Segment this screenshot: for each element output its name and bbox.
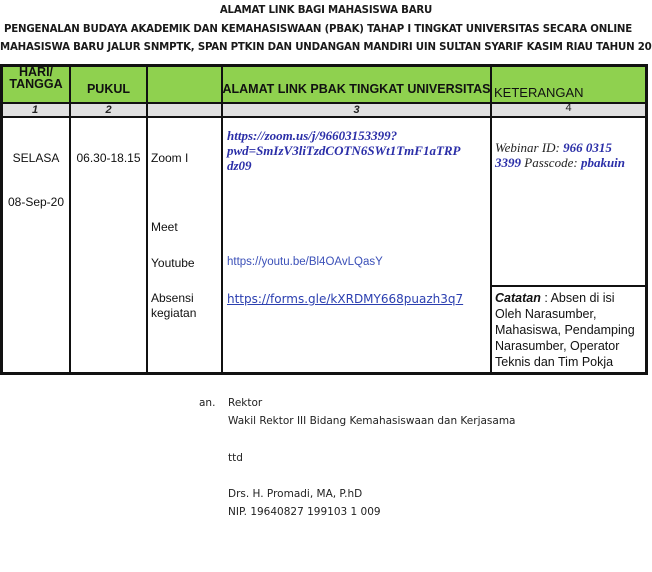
attendance-note: Catatan : Absen di isi Oleh Narasumber, … [495,290,643,372]
table-border-top [0,64,648,67]
column-divider-1 [69,64,71,375]
document-title: ALAMAT LINK BAGI MAHASISWA BARU [0,5,652,16]
document-subtitle-2: MAHASISWA BARU JALUR SNMPTK, SPAN PTKIN … [0,42,652,53]
signature-title-2: Wakil Rektor III Bidang Kemahasiswaan da… [228,415,516,427]
zoom-credentials: Webinar ID: 966 0315 3399 Passcode: pbak… [495,140,645,170]
note-label: Catatan [495,291,541,305]
number-row-divider [0,116,648,118]
column-header-time: PUKUL [70,82,147,96]
column-divider-3 [221,64,223,375]
column-divider-2 [146,64,148,375]
day-cell: SELASA [2,151,70,165]
webinar-id-label: Webinar ID: [495,140,560,155]
schedule-table: HARI/ TANGGA PUKUL ALAMAT LINK PBAK TING… [0,64,648,375]
signatory-nip: NIP. 19640827 199103 1 009 [228,506,381,518]
attendance-form-link[interactable]: https://forms.gle/kXRDMY668puazh3q7 [227,292,463,306]
signature-prefix: an. [199,397,215,409]
table-border-bottom [0,372,648,375]
column-header-day-line2: TANGGA [2,78,70,90]
column-divider-4 [490,64,492,375]
column-number-1: 1 [0,104,70,116]
column-header-day: HARI/ TANGGA [2,66,70,90]
platform-meet: Meet [151,220,178,234]
passcode-label: Passcode: [524,155,577,170]
signatory-name: Drs. H. Promadi, MA, P.hD [228,488,362,500]
zoom-link-line3[interactable]: dz09 [227,158,489,173]
column-header-notes: KETERANGAN [494,85,644,100]
column-number-3: 3 [222,104,491,116]
youtube-link[interactable]: https://youtu.be/Bl4OAvLQasY [227,256,383,268]
notes-divider [491,285,646,287]
column-header-link: ALAMAT LINK PBAK TINGKAT UNIVERSITAS [222,82,491,96]
zoom-link-line2[interactable]: pwd=SmIzV3liTzdCOTN6SWt1TmF1aTRP [227,143,489,158]
zoom-link[interactable]: https://zoom.us/j/96603153399? pwd=SmIzV… [227,128,489,173]
zoom-link-line1[interactable]: https://zoom.us/j/96603153399? [227,128,489,143]
table-border-left [0,64,3,375]
date-cell: 08-Sep-20 [2,195,70,209]
platform-attendance: Absensi kegiatan [151,291,196,321]
platform-youtube: Youtube [151,256,195,270]
platform-attendance-line1: Absensi [151,291,196,306]
passcode-value: pbakuin [581,155,625,170]
platform-attendance-line2: kegiatan [151,306,196,321]
column-number-2: 2 [70,104,147,116]
platform-zoom: Zoom I [151,151,188,165]
table-border-right [645,64,648,375]
signature-signed: ttd [228,452,243,464]
time-cell: 06.30-18.15 [70,151,147,165]
header-divider [0,102,648,104]
webinar-id-value: 966 0315 [563,140,612,155]
document-subtitle: PENGENALAN BUDAYA AKADEMIK DAN KEMAHASIS… [0,24,644,35]
signature-title-1: Rektor [228,397,262,409]
webinar-id-value-2: 3399 [495,155,521,170]
